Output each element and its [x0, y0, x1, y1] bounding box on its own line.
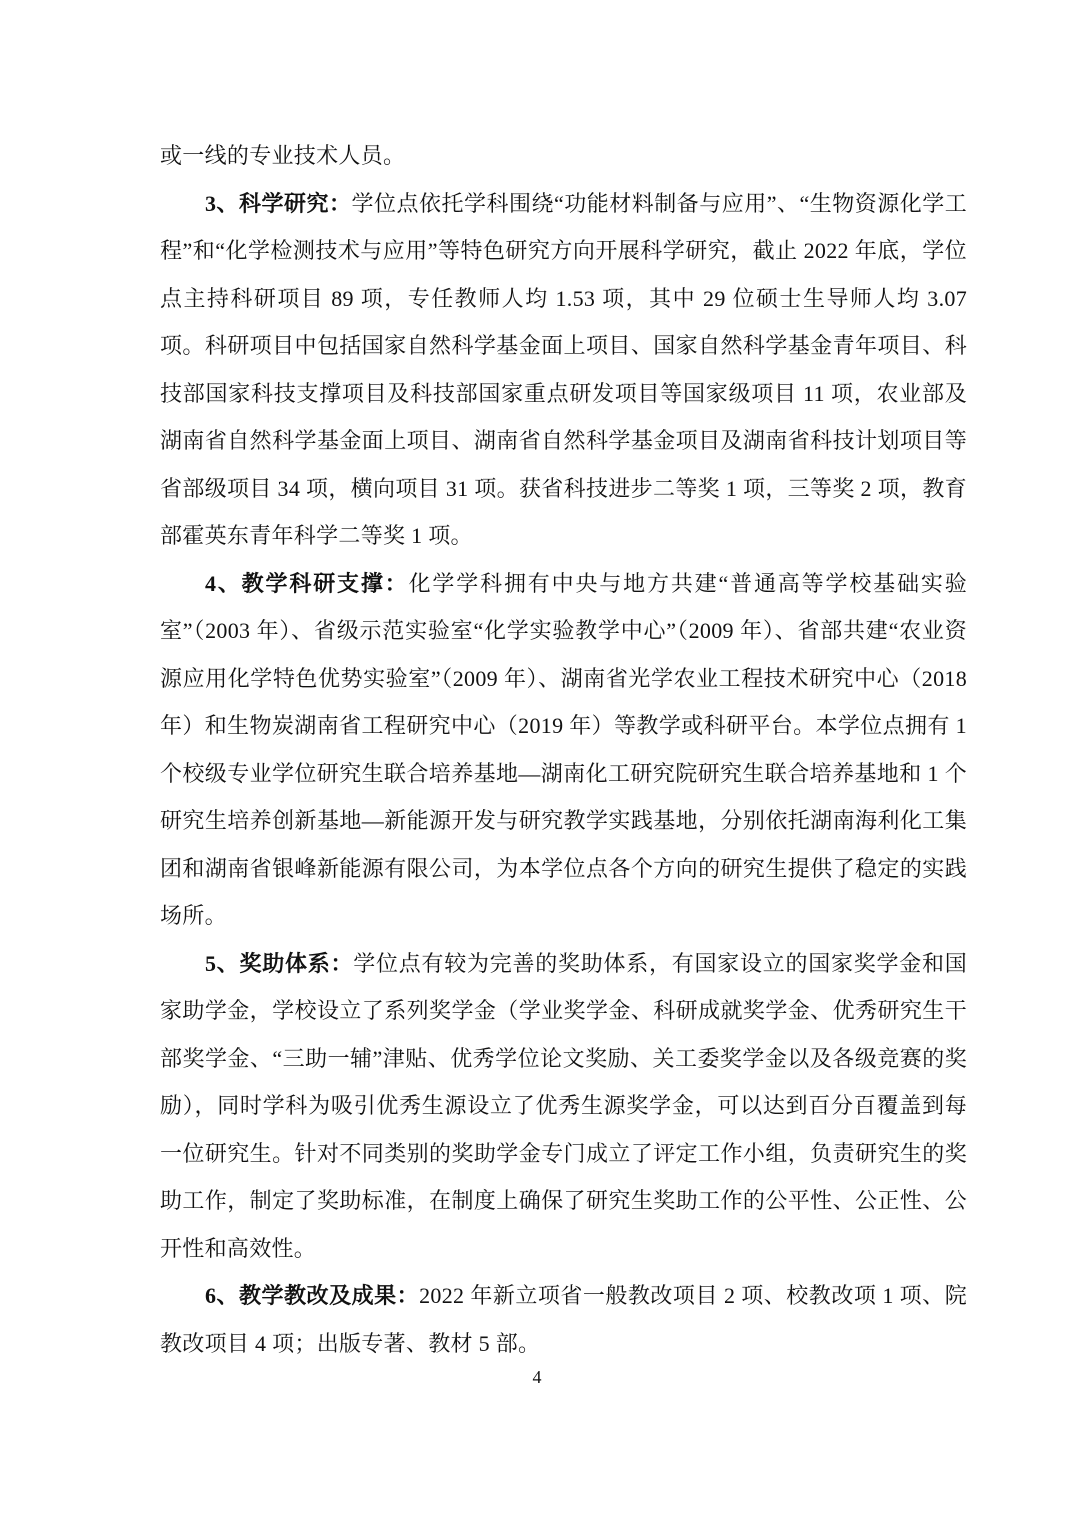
- document-page: 或一线的专业技术人员。 3、科学研究：学位点依托学科围绕“功能材料制备与应用”、…: [0, 0, 1074, 1520]
- paragraph-label: 5、奖助体系：: [205, 951, 353, 976]
- paragraph-text: 或一线的专业技术人员。: [160, 143, 405, 168]
- paragraph-text: 化学学科拥有中央与地方共建“普通高等学校基础实验室”（2003 年）、省级示范实…: [160, 571, 967, 929]
- document-body: 或一线的专业技术人员。 3、科学研究：学位点依托学科围绕“功能材料制备与应用”、…: [160, 132, 967, 1367]
- paragraph-6-teaching-reform-results: 6、教学教改及成果：2022 年新立项省一般教改项目 2 项、校教改项 1 项、…: [160, 1272, 967, 1367]
- paragraph-label: 6、教学教改及成果：: [205, 1283, 419, 1308]
- paragraph-5-scholarship-system: 5、奖助体系：学位点有较为完善的奖助体系，有国家设立的国家奖学金和国家助学金，学…: [160, 940, 967, 1273]
- paragraph-label: 3、科学研究：: [205, 191, 351, 216]
- paragraph-3-scientific-research: 3、科学研究：学位点依托学科围绕“功能材料制备与应用”、“生物资源化学工程”和“…: [160, 180, 967, 560]
- paragraph-continuation: 或一线的专业技术人员。: [160, 132, 967, 180]
- paragraph-4-teaching-research-support: 4、教学科研支撑：化学学科拥有中央与地方共建“普通高等学校基础实验室”（2003…: [160, 560, 967, 940]
- paragraph-text: 学位点依托学科围绕“功能材料制备与应用”、“生物资源化学工程”和“化学检测技术与…: [160, 191, 967, 549]
- paragraph-label: 4、教学科研支撑：: [205, 571, 409, 596]
- page-number: 4: [0, 1362, 1074, 1392]
- paragraph-text: 学位点有较为完善的奖助体系，有国家设立的国家奖学金和国家助学金，学校设立了系列奖…: [160, 951, 967, 1261]
